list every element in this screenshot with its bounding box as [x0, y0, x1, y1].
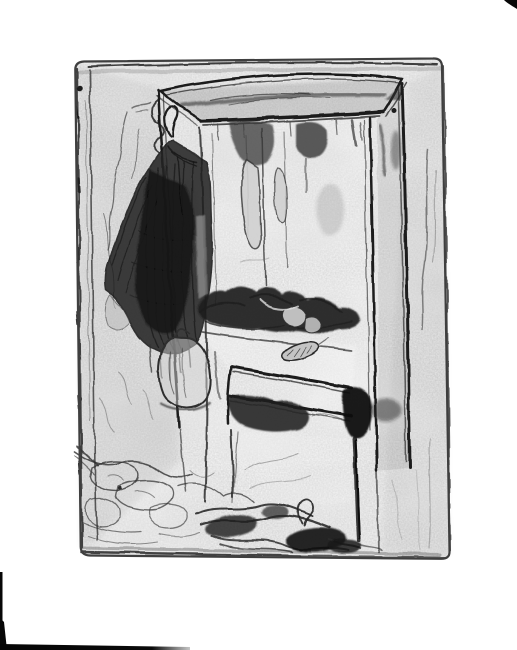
plate-fleck	[77, 86, 83, 92]
photographed-etching	[0, 0, 517, 650]
chest-front-highlight	[238, 432, 352, 508]
